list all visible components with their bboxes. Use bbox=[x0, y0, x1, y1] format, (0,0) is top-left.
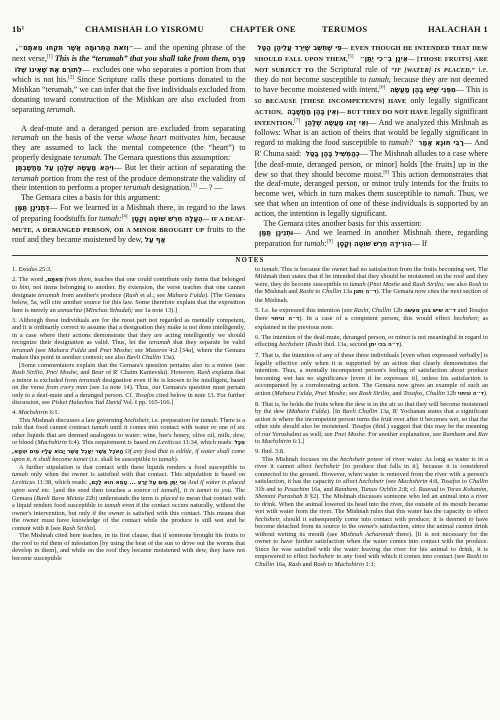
text-run: ). In a case of a competent person, this… bbox=[299, 315, 453, 322]
text-run: terumah. bbox=[47, 105, 76, 114]
text-run: Raavad bbox=[419, 486, 439, 493]
hebrew-text-run: וְכִי יֻתַּן מַיִם עַל זֶרַע ... טָמֵא ה… bbox=[89, 480, 186, 486]
text-run: Rash Sirilio, Pnei Moshe, bbox=[12, 369, 78, 376]
text-run: Chullin bbox=[322, 288, 341, 295]
text-run: tumah bbox=[161, 487, 177, 494]
hebrew-text-run: אֵינָן בְּ״כִי יֻתַּן״ bbox=[356, 55, 407, 63]
text-run: terumah bbox=[149, 339, 170, 346]
text-run: Bavli Chullin bbox=[343, 408, 378, 415]
text-run: 2:8; cf. bbox=[397, 486, 419, 493]
footnote-ref: [9] bbox=[327, 239, 333, 244]
text-run: to any food with which it comes into con… bbox=[335, 553, 467, 560]
text-run: BECAUSE [THESE INCOMPETENTS] HAVE bbox=[266, 98, 407, 105]
text-run: INTENTION. bbox=[255, 120, 295, 127]
text-run: terumah bbox=[38, 292, 59, 299]
paragraph: וִיהֵא מַעֲשֶׂה שֶׁלָּהֶן עַל מַחֲשַׁבְת… bbox=[12, 163, 246, 193]
text-run: 5. I.e. he expressed this intention (see bbox=[255, 307, 354, 314]
folio-ref: 1b¹ bbox=[12, 24, 25, 34]
header-titles: CHAMISHAH LO YISROMU CHAPTER ONE TERUMOS bbox=[85, 24, 368, 34]
text-run: A further stipulation is that contact wi… bbox=[19, 464, 245, 471]
text-run: see also bbox=[445, 281, 468, 288]
text-run: ACTION, bbox=[255, 109, 283, 116]
text-run: tumah bbox=[104, 502, 120, 509]
text-run: tumah bbox=[92, 424, 108, 431]
text-run: terumah bbox=[12, 347, 33, 354]
hebrew-text-run: וְאֵי זֶהוּ מַעֲשֶׂה שֶׁלָּהֶן bbox=[302, 119, 368, 127]
text-run: to bbox=[255, 438, 262, 445]
text-run: Piskei Halachos Yad David bbox=[52, 399, 122, 406]
hebrew-text-run: ״וְזֹאת הַתְּרוּמָה אֲשֶׁר תִּקְחוּ מֵאִ… bbox=[12, 44, 134, 52]
text-run: 6:1.] bbox=[291, 438, 305, 445]
text-run: Rash bbox=[288, 561, 301, 568]
text-run: designation. bbox=[150, 183, 191, 192]
text-run: Mishnah Acharonah bbox=[340, 531, 393, 538]
text-run: 13a). bbox=[161, 354, 176, 361]
text-run: Rashi bbox=[467, 553, 482, 560]
text-run: Bavli Bava Metzia bbox=[36, 495, 84, 502]
text-run: 16a, and bbox=[309, 486, 335, 493]
text-run: For another explanation, see bbox=[366, 431, 442, 438]
text-run: Chullin bbox=[469, 478, 488, 485]
text-run: Tosafos bbox=[469, 307, 488, 314]
paragraph: This Mishnah focuses on the hechsheir po… bbox=[255, 456, 488, 569]
text-run: Rash bbox=[125, 292, 138, 299]
text-run: tumah. bbox=[201, 417, 219, 424]
masechta-title: CHAMISHAH LO YISROMU bbox=[85, 24, 204, 34]
text-run: (i.e. shall be susceptible to bbox=[88, 456, 159, 463]
text-run: Rambam, Tumas Ochlin bbox=[335, 486, 397, 493]
text-run: only when the owner is satisfied with th… bbox=[28, 471, 245, 478]
text-run: see bbox=[347, 390, 358, 397]
text-run: Rambam bbox=[443, 431, 466, 438]
text-run: (see bbox=[384, 478, 398, 485]
text-run: whose heart motivates him, bbox=[127, 133, 218, 142]
paragraph: 1. Exodus 25:3. bbox=[12, 266, 245, 274]
text-run: and bbox=[301, 561, 313, 568]
text-run: Rash Sirilio; bbox=[412, 281, 445, 288]
hebrew-text-run: הוֹרִידָה חֵרֵשׁ שׁוֹטֶה וְקָטָן bbox=[335, 240, 412, 248]
paragraph: 5. I.e. he expressed this intention (see… bbox=[255, 307, 488, 332]
notes-right-column: to tumah. This is because the owner had … bbox=[255, 266, 488, 569]
text-run: only legally significant bbox=[406, 96, 488, 105]
main-right-column: פִּי שֶׁחִשֵּׁב שֶׁיֵּרֵד עֲלֵיהֶן הַטַּ… bbox=[255, 43, 489, 250]
main-left-column: ״וְזֹאת הַתְּרוּמָה אֲשֶׁר תִּקְחוּ מֵאִ… bbox=[12, 43, 246, 250]
text-run: tumah. bbox=[262, 266, 280, 273]
text-run: hechsheir bbox=[315, 463, 340, 470]
text-run: is placed bbox=[155, 495, 178, 502]
text-run: The Gemara cites a basis for this argume… bbox=[21, 193, 160, 202]
paragraph: The Gemara cites a basis for this argume… bbox=[12, 193, 246, 203]
text-run: ). bbox=[399, 341, 403, 348]
text-run: Leviticus bbox=[12, 479, 35, 486]
hebrew-text-run: ד״ה בכי יתן bbox=[369, 342, 399, 348]
text-run: Machshirin bbox=[18, 409, 47, 416]
text-run: — But let their action of separating the bbox=[114, 163, 246, 172]
halachah-ref: HALACHAH 1 bbox=[428, 24, 488, 34]
text-run: ). [In bbox=[327, 408, 343, 415]
text-run: Rosh bbox=[469, 281, 482, 288]
text-run: to bbox=[460, 478, 469, 485]
text-run: hechsheir, bbox=[255, 516, 281, 523]
text-run: there bbox=[255, 315, 271, 322]
text-run: Rash Sirilio, bbox=[359, 390, 391, 397]
text-run: 16a, bbox=[274, 561, 288, 568]
text-run: Tosafos bbox=[135, 392, 154, 399]
text-run: — ? — bbox=[197, 183, 223, 192]
paragraph: וּתְנֵינָן תַּמָּן — And we learned in a… bbox=[255, 228, 489, 250]
text-run: Vol. I pp. 165-166.] bbox=[121, 399, 173, 406]
text-run: i.e. preparation for bbox=[150, 417, 201, 424]
text-run: The Mishnah cited here teaches, in its f… bbox=[12, 532, 245, 562]
text-run: to bbox=[255, 266, 262, 273]
main-text: ״וְזֹאת הַתְּרוּמָה אֲשֶׁר תִּקְחוּ מֵאִ… bbox=[12, 43, 488, 250]
text-run: Rosh bbox=[313, 561, 326, 568]
text-run: The Gemara cites another basis for this … bbox=[264, 219, 422, 228]
text-run: hechsheir bbox=[279, 341, 304, 348]
text-run: Chullin bbox=[255, 561, 274, 568]
paragraph: 4. Machshirin 6:1. bbox=[12, 409, 245, 417]
text-run: “IF [WATER] IS PLACED,” bbox=[391, 67, 475, 74]
paragraph: A further stipulation is that contact wi… bbox=[12, 464, 245, 533]
text-run: etc. [and the seed then touches a source… bbox=[39, 487, 161, 494]
text-run: from them, bbox=[63, 276, 93, 283]
text-run: — If bbox=[412, 239, 427, 248]
text-run: Minchas Yehudah; bbox=[86, 307, 134, 314]
text-run: 11:34, which reads: bbox=[181, 439, 235, 446]
hebrew-text-run: וְאֵין בָּהֶן מַחֲשָׁבָה bbox=[285, 108, 339, 116]
text-run: and bbox=[456, 307, 469, 314]
paragraph: ״וְזֹאת הַתְּרוּמָה אֲשֶׁר תִּקְחוּ מֵאִ… bbox=[12, 43, 246, 115]
text-run: and bbox=[391, 390, 403, 397]
text-run: 2. The word bbox=[12, 276, 45, 283]
text-run: 4:8, bbox=[427, 478, 440, 485]
text-run: on the basis of the verse bbox=[39, 133, 127, 142]
text-run: him, bbox=[19, 284, 30, 291]
text-run: Beur bbox=[91, 369, 103, 376]
text-run: Leviticus bbox=[158, 439, 181, 446]
text-run: Bavli Chullin bbox=[127, 354, 161, 361]
hebrew-text-run: ד״ה ותנן bbox=[354, 289, 377, 295]
paragraph: This Mishnah discusses a law governing h… bbox=[12, 417, 245, 464]
paragraph: The Gemara cites another basis for this … bbox=[255, 219, 489, 229]
text-run: and bbox=[86, 347, 100, 354]
text-run: tumah, bbox=[369, 75, 391, 84]
text-run: to bbox=[481, 553, 488, 560]
hebrew-text-run: וּתְנֵינָן תַּמָּן bbox=[255, 229, 294, 237]
paragraph: The Mishnah cited here teaches, in its f… bbox=[12, 532, 245, 562]
text-run: Pnei Moshe bbox=[369, 281, 399, 288]
text-run: Machshirin bbox=[398, 478, 427, 485]
text-run: This is the “terumah” that you shall tak… bbox=[53, 54, 233, 63]
chapter-title: CHAPTER ONE bbox=[230, 24, 296, 34]
hebrew-text-run: ד״ה שיש בהן מעשה bbox=[404, 308, 456, 314]
text-run: 11:38, which reads: bbox=[35, 479, 89, 486]
text-run: and bbox=[400, 281, 413, 288]
text-run: Pnei Moshe; bbox=[100, 347, 133, 354]
text-run: Mahara Fulda, Pnei Moshe; bbox=[274, 390, 347, 397]
paragraph: to tumah. This is because the owner had … bbox=[255, 266, 488, 305]
text-run: tumah: bbox=[304, 239, 327, 248]
paragraph: 3. Although these individuals are for th… bbox=[12, 317, 245, 362]
text-run: 6:4). This requirement is based on bbox=[67, 439, 158, 446]
text-run: terumah bbox=[12, 133, 39, 142]
text-run: Mahara Fulda bbox=[48, 347, 86, 354]
text-run: 13a bbox=[341, 288, 353, 295]
text-run: from another's produce ( bbox=[59, 292, 125, 299]
text-run: it is tamei to you. bbox=[184, 487, 233, 494]
text-run: 22b) understands the term bbox=[84, 495, 155, 502]
paragraph: 2. The word מֵאִתָּם, from them, teaches… bbox=[12, 276, 245, 315]
hebrew-text-run: ד״ה וניחוי bbox=[458, 391, 484, 397]
text-run: that they separate be valid bbox=[170, 339, 245, 346]
text-run: hechsheir bbox=[340, 456, 365, 463]
paragraph: 6. The intention of the deaf-mute, deran… bbox=[255, 334, 488, 350]
text-run: Mahara Fulda bbox=[289, 408, 327, 415]
text-run: tumah bbox=[12, 471, 28, 478]
text-run: A deaf-mute and a deranged person are ex… bbox=[21, 124, 246, 133]
text-run: ). bbox=[484, 390, 488, 397]
text-run: This Mishnah focuses on the bbox=[262, 456, 340, 463]
text-run: hechsheir bbox=[359, 478, 384, 485]
text-run: ). bbox=[175, 456, 179, 463]
text-run: from every man bbox=[46, 384, 87, 391]
text-run: (see bbox=[33, 347, 48, 354]
text-run: to bbox=[438, 486, 447, 493]
text-run: 12b bbox=[445, 390, 458, 397]
text-run: Rash Sirilio bbox=[62, 525, 92, 532]
text-run: see 1a note 13).] bbox=[133, 307, 177, 314]
text-run: Mahara Fulda bbox=[167, 292, 205, 299]
paragraph: A deaf-mute and a deranged person are ex… bbox=[12, 124, 246, 163]
hebrew-text-run: כְּהַמְשִׁיל בָּהֶן בַּטַּל bbox=[303, 150, 359, 158]
text-run: ]. bbox=[93, 525, 97, 532]
text-run: et al.; see bbox=[138, 292, 167, 299]
text-run: tumah bbox=[350, 281, 366, 288]
text-run: 12b bbox=[391, 307, 404, 314]
paragraph: פִּי שֶׁחִשֵּׁב שֶׁיֵּרֵד עֲלֵיהֶן הַטַּ… bbox=[255, 43, 489, 219]
hebrew-text-run: פִּי שֶׁחִשֵּׁב שֶׁיֵּרֵד עֲלֵיהֶן הַטַּ… bbox=[255, 44, 342, 52]
text-run: Rashi, Chullin bbox=[354, 307, 391, 314]
text-run: 25:3. bbox=[37, 266, 52, 273]
paragraph: דְּתָנִינָן תַּמָּן — For we learned in … bbox=[12, 203, 246, 246]
text-run: Pesachim bbox=[284, 486, 309, 493]
text-run: terumah bbox=[79, 377, 100, 384]
text-run: and bbox=[78, 369, 91, 376]
text-run: 9. Ibid. 3:8. bbox=[255, 448, 285, 455]
text-run: tumah? bbox=[389, 138, 413, 147]
hebrew-text-run: אַף עַל bbox=[145, 236, 166, 244]
tractate-title: TERUMOS bbox=[322, 24, 368, 34]
notes-divider: NOTES bbox=[12, 255, 488, 264]
text-run: hechsheir, bbox=[124, 417, 150, 424]
text-run: tumah: bbox=[99, 214, 122, 223]
text-run: Tosafos bbox=[441, 478, 460, 485]
text-run: hechsheir, bbox=[453, 315, 479, 322]
text-run: legally significant bbox=[428, 107, 488, 116]
text-run: asmachta bbox=[57, 307, 82, 314]
text-run: tumah. bbox=[434, 189, 456, 198]
hebrew-text-run: הֶעֱלָה חֵרֵשׁ שׁוֹטֶה וְקָטָן bbox=[130, 215, 203, 223]
hebrew-text-run: דְּתָנִינָן תַּמָּן bbox=[12, 204, 49, 212]
text-run: Tosafos, Chullin bbox=[403, 390, 445, 397]
text-run: 1:1; bbox=[364, 561, 376, 568]
hebrew-text-run: וִיהֵא מַעֲשֶׂה שֶׁלָּהֶן עַל מַחֲשַׁבְת… bbox=[12, 164, 114, 172]
text-run: Machshirin bbox=[334, 561, 363, 568]
text-run: the Scriptural rule of bbox=[314, 65, 391, 74]
notes-heading: NOTES bbox=[12, 257, 488, 264]
paragraph: [Some commentators explain that the Gema… bbox=[12, 362, 245, 407]
text-run: and bbox=[465, 431, 478, 438]
hebrew-text-run: מִפְּנֵי שֶׁיֵּשׁ בָּהֶן מַעֲשֶׂה bbox=[387, 86, 456, 94]
text-run: ibid. 13a, second bbox=[322, 341, 369, 348]
hebrew-text-run: ד״ה וניחוי bbox=[271, 316, 299, 322]
text-run: hechsheir bbox=[310, 553, 335, 560]
text-run: The Gemara questions this assumption: bbox=[102, 153, 230, 162]
paragraph: 9. Ibid. 3:8. bbox=[255, 448, 488, 456]
text-run: Rav bbox=[478, 431, 488, 438]
text-run: 6:1. bbox=[48, 409, 59, 416]
text-run: Tosafos bbox=[352, 423, 371, 430]
paragraph: 7. That is, the intention of any of thes… bbox=[255, 352, 488, 398]
talmud-page: 1b¹ CHAMISHAH LO YISROMU CHAPTER ONE TER… bbox=[0, 0, 500, 720]
text-run: [Some commentators explain that the Gema… bbox=[19, 362, 245, 369]
paragraph: 8. That is, he holds the fruits when the… bbox=[255, 401, 488, 446]
text-run: see bbox=[133, 347, 146, 354]
text-run: Rashi bbox=[308, 341, 323, 348]
text-run: — BUT THEY DO NOT HAVE bbox=[339, 109, 429, 116]
text-run: of R' Chaim Kanievski). However, bbox=[104, 369, 198, 376]
text-run: Machshirin bbox=[262, 438, 291, 445]
text-run: tumah bbox=[159, 456, 175, 463]
notes-section: 1. Exodus 25:3.2. The word מֵאִתָּם, fro… bbox=[12, 266, 488, 569]
notes-left-column: 1. Exodus 25:3.2. The word מֵאִתָּם, fro… bbox=[12, 266, 245, 569]
page-header: 1b¹ CHAMISHAH LO YISROMU CHAPTER ONE TER… bbox=[12, 24, 488, 34]
text-run: terumah. bbox=[73, 153, 102, 162]
text-run: terumah bbox=[12, 174, 39, 183]
text-run: 31b and to bbox=[255, 486, 284, 493]
text-run: to bbox=[314, 288, 322, 295]
text-run: Rashi bbox=[299, 288, 314, 295]
text-run: This Mishnah discusses a law governing bbox=[19, 417, 124, 424]
text-run: Exodus bbox=[18, 266, 37, 273]
text-run: terumah bbox=[124, 183, 151, 192]
text-run: Pnei Moshe. bbox=[334, 431, 366, 438]
hebrew-text-run: רַבִּי חוּנָא אָמַר bbox=[415, 139, 463, 147]
text-run: Rash bbox=[198, 369, 211, 376]
hebrew-text-run: מֵאִתָּם, bbox=[45, 277, 63, 283]
text-run: Maseros bbox=[145, 347, 167, 354]
text-run: Machshirin bbox=[37, 439, 66, 446]
